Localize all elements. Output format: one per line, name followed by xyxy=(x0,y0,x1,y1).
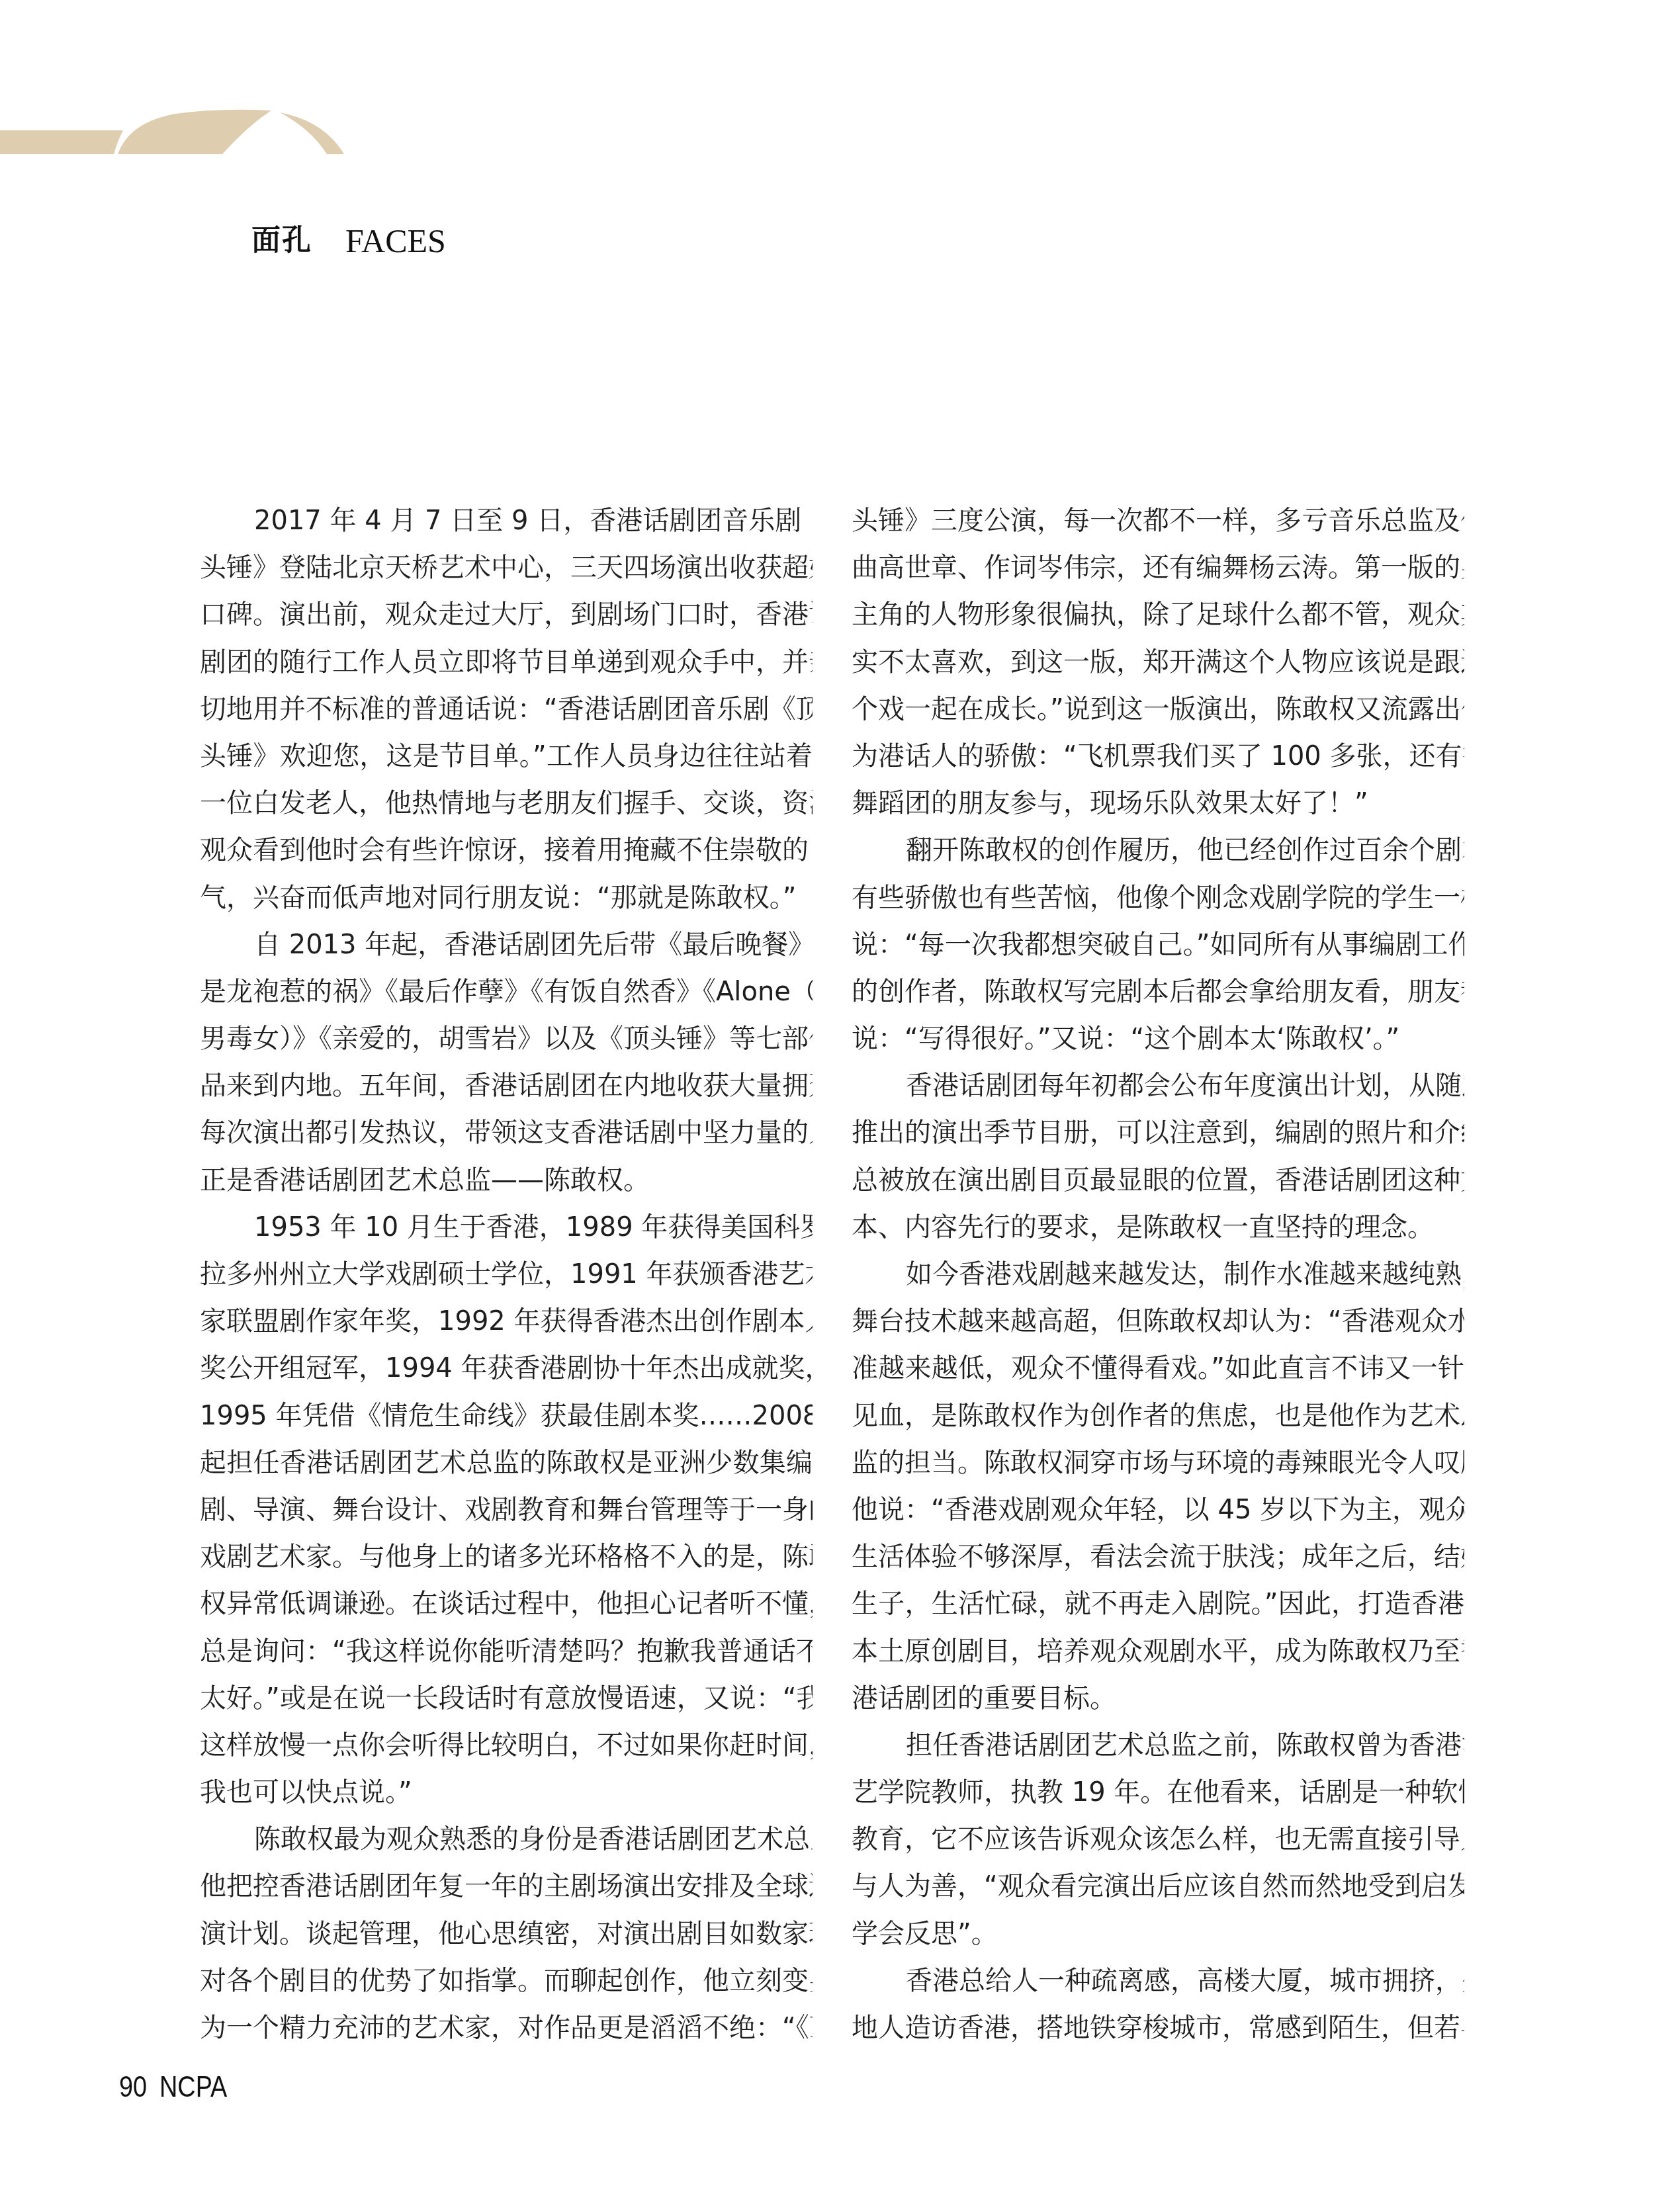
article-line: 2017 年 4 月 7 日至 9 日，香港话剧团音乐剧《顶 xyxy=(200,498,813,545)
article-line: 自 2013 年起，香港话剧团先后带《最后晚餐》《都 xyxy=(200,922,813,969)
page-footer: 90NCPA xyxy=(119,2072,227,2103)
article-line: 本、内容先行的要求，是陈敢权一直坚持的理念。 xyxy=(852,1204,1464,1251)
article-line: 的创作者，陈敢权写完剧本后都会拿给朋友看，朋友都 xyxy=(852,969,1464,1016)
article-line: 品来到内地。五年间，香港话剧团在内地收获大量拥趸， xyxy=(200,1063,813,1110)
article-line: 奖公开组冠军，1994 年获香港剧协十年杰出成就奖， xyxy=(200,1345,813,1392)
article-line: 气，兴奋而低声地对同行朋友说：“那就是陈敢权。” xyxy=(200,875,813,922)
article-line: 男毒女）》《亲爱的，胡雪岩》以及《顶头锤》等七部作 xyxy=(200,1016,813,1063)
article-line: 观众看到他时会有些许惊讶，接着用掩藏不住崇敬的口 xyxy=(200,827,813,874)
article-line: 一位白发老人，他热情地与老朋友们握手、交谈，资深 xyxy=(200,780,813,827)
article-line: 为港话人的骄傲：“飞机票我们买了 100 多张，还有香港 xyxy=(852,733,1464,780)
article-line: 正是香港话剧团艺术总监——陈敢权。 xyxy=(200,1157,813,1204)
article-line: 生子，生活忙碌，就不再走入剧院。”因此，打造香港 xyxy=(852,1581,1464,1628)
header-band-decoration xyxy=(0,99,503,165)
article-line: 陈敢权最为观众熟悉的身份是香港话剧团艺术总监， xyxy=(200,1816,813,1863)
article-line: 担任香港话剧团艺术总监之前，陈敢权曾为香港演 xyxy=(852,1722,1464,1769)
article-line: 香港话剧团每年初都会公布年度演出计划，从随之 xyxy=(852,1063,1464,1110)
article-line: 本土原创剧目，培养观众观剧水平，成为陈敢权乃至香 xyxy=(852,1628,1464,1675)
article-line: 剧、导演、舞台设计、戏剧教育和舞台管理等于一身的 xyxy=(200,1487,813,1534)
article-line: 我也可以快点说。” xyxy=(200,1769,813,1816)
article-line: 他说：“香港戏剧观众年轻，以 45 岁以下为主，观众的 xyxy=(852,1487,1464,1534)
article-line: 艺学院教师，执教 19 年。在他看来，话剧是一种软性 xyxy=(852,1769,1464,1816)
article-line: 起担任香港话剧团艺术总监的陈敢权是亚洲少数集编 xyxy=(200,1440,813,1487)
article-line: 他把控香港话剧团年复一年的主剧场演出安排及全球巡 xyxy=(200,1863,813,1910)
section-header: 面孔 FACES xyxy=(0,99,503,165)
article-line: 每次演出都引发热议，带领这支香港话剧中坚力量的人， xyxy=(200,1110,813,1157)
article-line: 说：“写得很好。”又说：“这个剧本太‘陈敢权’。” xyxy=(852,1016,1464,1063)
article-line: 家联盟剧作家年奖，1992 年获得香港杰出创作剧本人 xyxy=(200,1298,813,1345)
article-line: 准越来越低，观众不懂得看戏。”如此直言不讳又一针 xyxy=(852,1345,1464,1392)
article-line: 演计划。谈起管理，他心思缜密，对演出剧目如数家珍， xyxy=(200,1911,813,1958)
article-line: 地人造访香港，搭地铁穿梭城市，常感到陌生，但若与 xyxy=(852,2005,1464,2052)
article-line: 对各个剧目的优势了如指掌。而聊起创作，他立刻变身 xyxy=(200,1958,813,2005)
article-line: 权异常低调谦逊。在谈话过程中，他担心记者听不懂， xyxy=(200,1581,813,1628)
article-line: 曲高世章、作词岑伟宗，还有编舞杨云涛。第一版的男 xyxy=(852,545,1464,591)
article-line: 总是询问：“我这样说你能听清楚吗？抱歉我普通话不 xyxy=(200,1628,813,1675)
article-line: 总被放在演出剧目页最显眼的位置，香港话剧团这种文 xyxy=(852,1157,1464,1204)
article-line: 香港总给人一种疏离感，高楼大厦，城市拥挤，外 xyxy=(852,1958,1464,2005)
article-line: 是龙袍惹的祸》《最后作孽》《有饭自然香》《Alone（孤 xyxy=(200,969,813,1016)
article-line: 监的担当。陈敢权洞穿市场与环境的毒辣眼光令人叹服， xyxy=(852,1440,1464,1487)
article-line: 拉多州州立大学戏剧硕士学位，1991 年获颁香港艺术 xyxy=(200,1251,813,1298)
article-line: 太好。”或是在说一长段话时有意放慢语速，又说：“我 xyxy=(200,1675,813,1722)
article-line: 为一个精力充沛的艺术家，对作品更是滔滔不绝：“《顶 xyxy=(200,2005,813,2052)
article-line: 头锤》登陆北京天桥艺术中心，三天四场演出收获超好 xyxy=(200,545,813,591)
article-line: 切地用并不标准的普通话说：“香港话剧团音乐剧《顶 xyxy=(200,686,813,733)
article-line: 头锤》欢迎您，这是节目单。”工作人员身边往往站着 xyxy=(200,733,813,780)
article-line: 头锤》三度公演，每一次都不一样，多亏音乐总监及作 xyxy=(852,498,1464,545)
article-line: 有些骄傲也有些苦恼，他像个刚念戏剧学院的学生一样 xyxy=(852,875,1464,922)
article-line: 个戏一起在成长。”说到这一版演出，陈敢权又流露出作 xyxy=(852,686,1464,733)
article-line: 说：“每一次我都想突破自己。”如同所有从事编剧工作 xyxy=(852,922,1464,969)
article-line: 推出的演出季节目册，可以注意到，编剧的照片和介绍 xyxy=(852,1110,1464,1157)
article-line: 与人为善，“观众看完演出后应该自然而然地受到启发， xyxy=(852,1863,1464,1910)
article-line: 学会反思”。 xyxy=(852,1911,1464,1958)
article-right-column: 头锤》三度公演，每一次都不一样，多亏音乐总监及作曲高世章、作词岑伟宗，还有编舞杨… xyxy=(852,498,1464,2052)
article-line: 剧团的随行工作人员立即将节目单递到观众手中，并亲 xyxy=(200,639,813,686)
section-title-en: FACES xyxy=(345,224,446,258)
article-line: 这样放慢一点你会听得比较明白，不过如果你赶时间， xyxy=(200,1722,813,1769)
article-line: 港话剧团的重要目标。 xyxy=(852,1675,1464,1722)
article-line: 如今香港戏剧越来越发达，制作水准越来越纯熟， xyxy=(852,1251,1464,1298)
article-line: 教育，它不应该告诉观众该怎么样，也无需直接引导人 xyxy=(852,1816,1464,1863)
article-line: 1995 年凭借《情危生命线》获最佳剧本奖……2008 年 xyxy=(200,1393,813,1440)
article-line: 1953 年 10 月生于香港，1989 年获得美国科罗 xyxy=(200,1204,813,1251)
article-line: 翻开陈敢权的创作履历，他已经创作过百余个剧本， xyxy=(852,827,1464,874)
section-title-cn: 面孔 xyxy=(251,226,312,256)
article-line: 戏剧艺术家。与他身上的诸多光环格格不入的是，陈敢 xyxy=(200,1534,813,1581)
publication-name: NCPA xyxy=(159,2071,227,2103)
article-line: 口碑。演出前，观众走过大厅，到剧场门口时，香港话 xyxy=(200,591,813,638)
article-line: 舞台技术越来越高超，但陈敢权却认为：“香港观众水 xyxy=(852,1298,1464,1345)
article-left-column: 2017 年 4 月 7 日至 9 日，香港话剧团音乐剧《顶头锤》登陆北京天桥艺… xyxy=(200,498,813,2052)
page-number: 90 xyxy=(119,2071,147,2103)
article-line: 主角的人物形象很偏执，除了足球什么都不管，观众其 xyxy=(852,591,1464,638)
article-line: 生活体验不够深厚，看法会流于肤浅；成年之后，结婚 xyxy=(852,1534,1464,1581)
article-line: 见血，是陈敢权作为创作者的焦虑，也是他作为艺术总 xyxy=(852,1393,1464,1440)
article-line: 舞蹈团的朋友参与，现场乐队效果太好了！” xyxy=(852,780,1464,827)
article-line: 实不太喜欢，到这一版，郑开满这个人物应该说是跟这 xyxy=(852,639,1464,686)
